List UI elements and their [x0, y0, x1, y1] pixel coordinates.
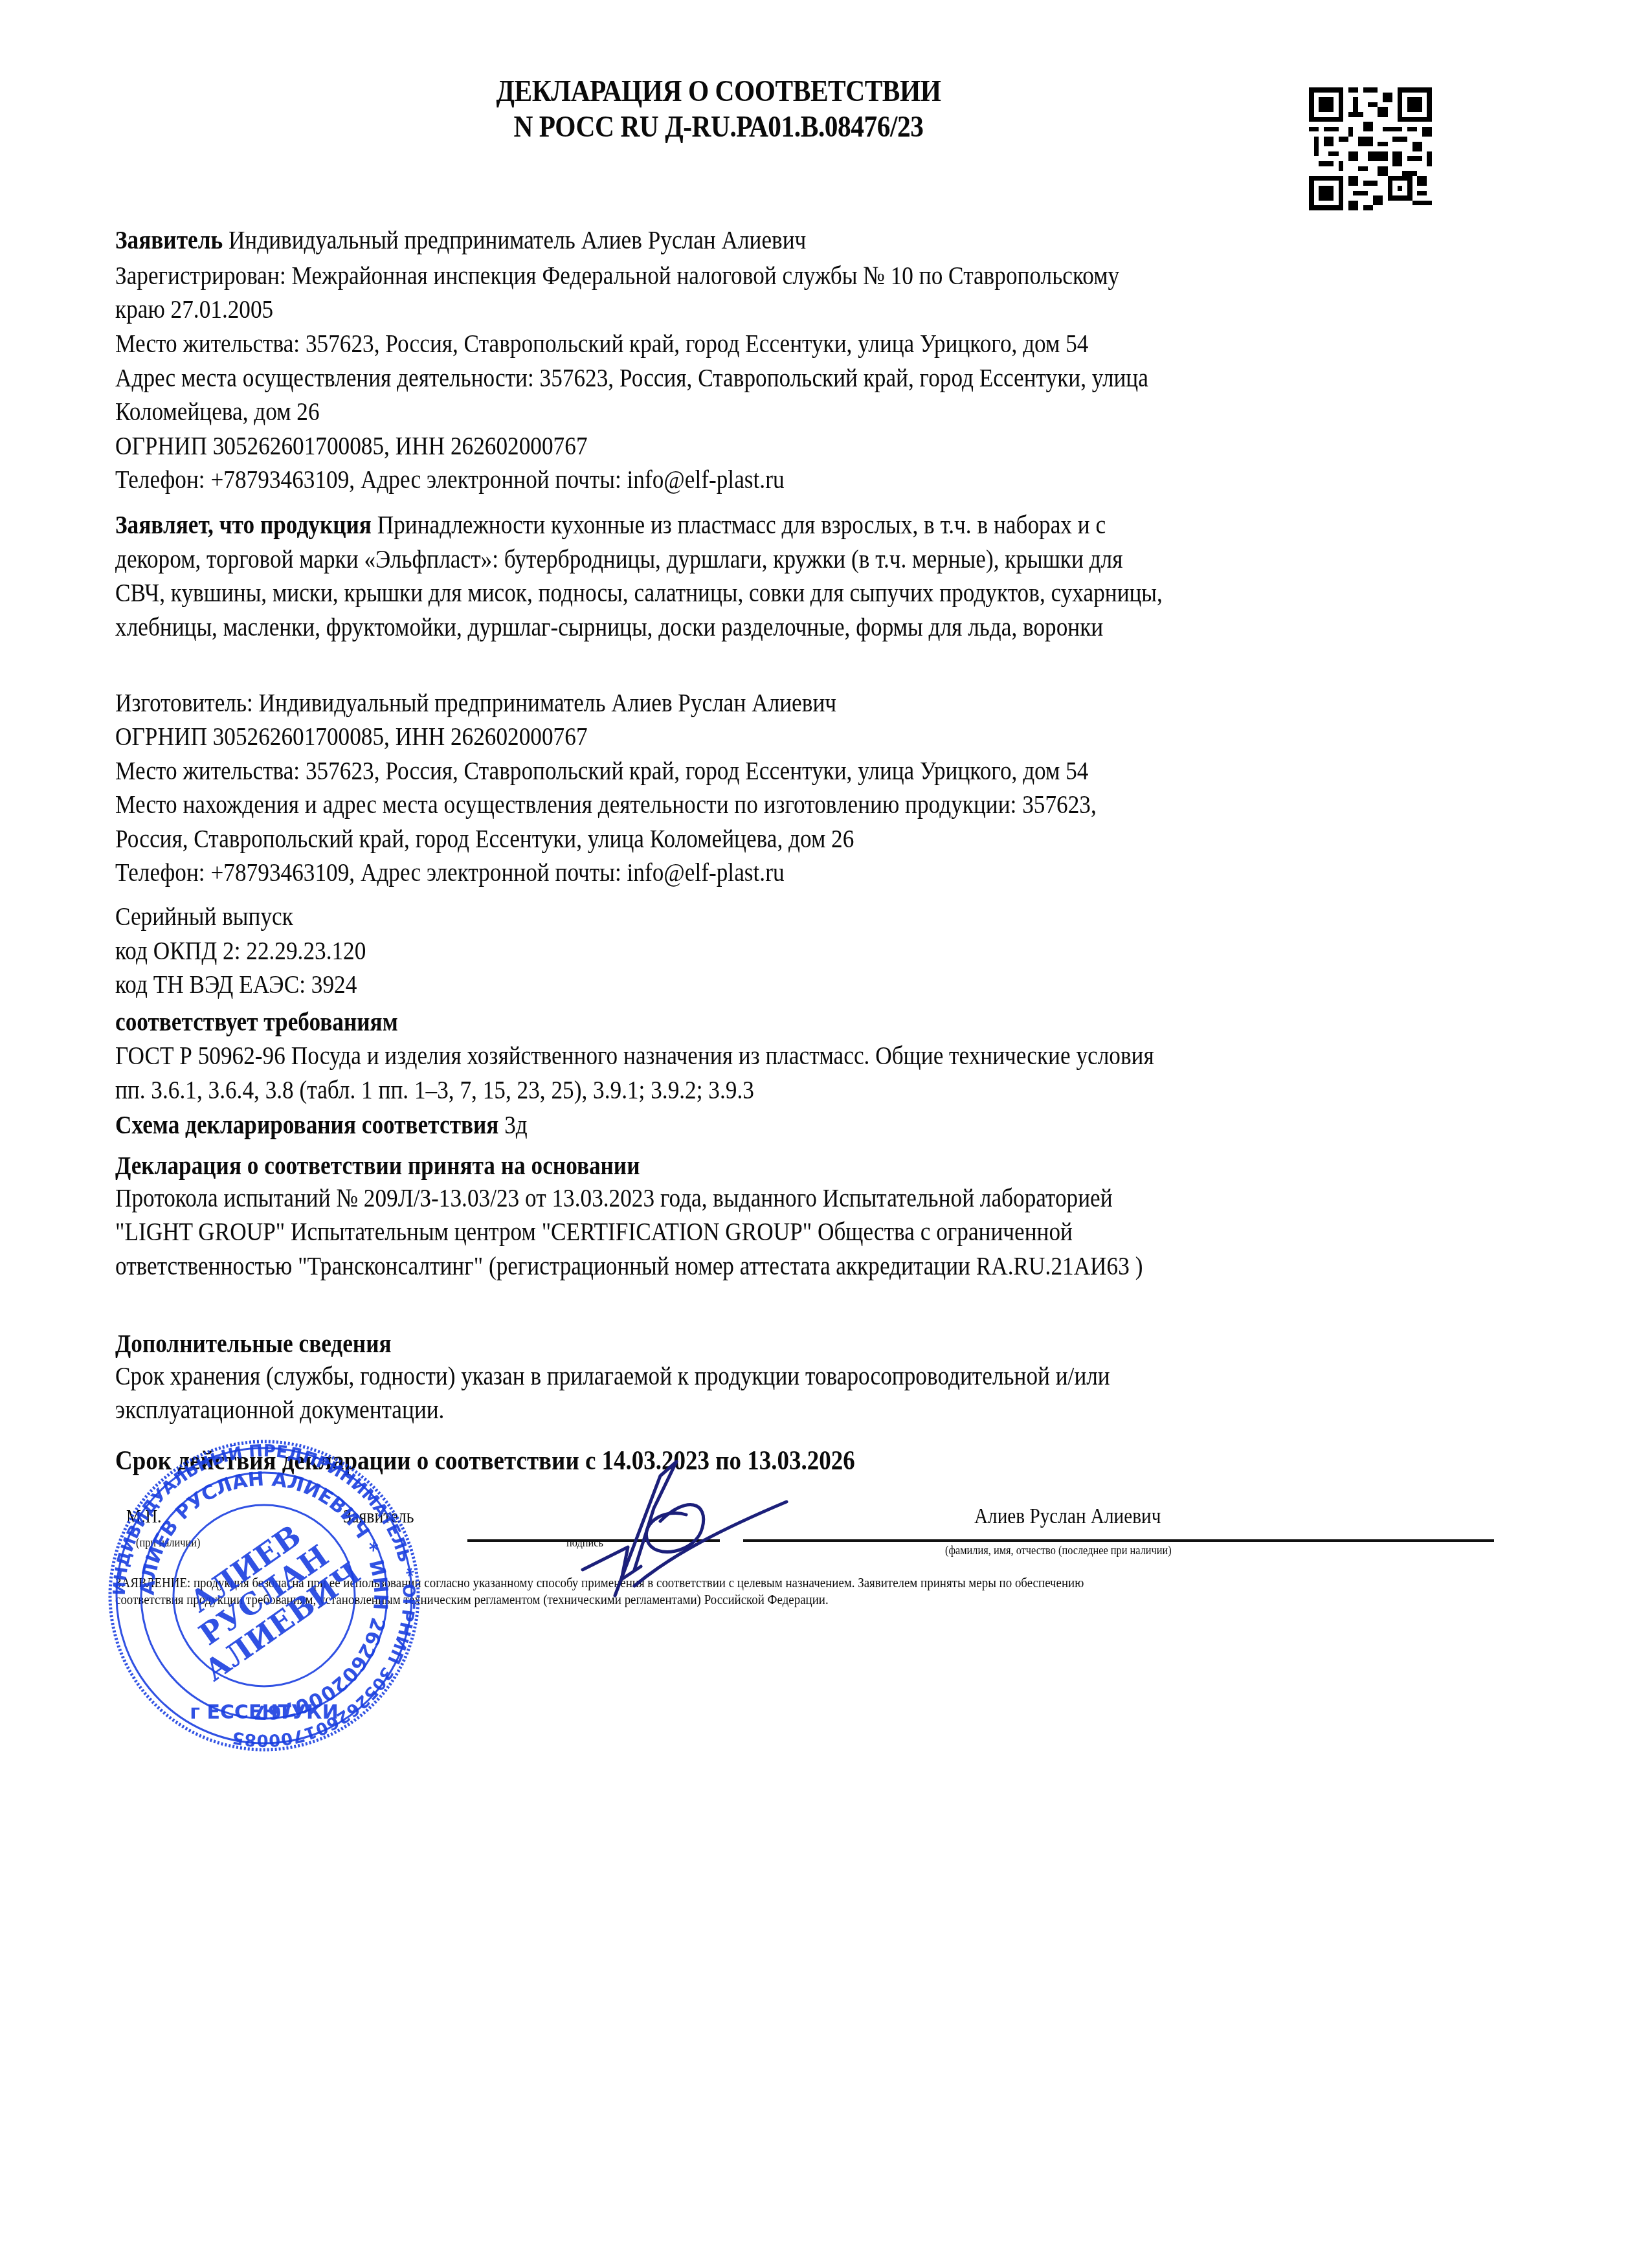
product-row: Заявляет, что продукция Принадлежности к… — [115, 508, 1106, 541]
scheme-label: Схема декларирования соответствия — [115, 1109, 498, 1139]
company-seal-stamp: ИНДИВИДУАЛЬНЫЙ ПРЕДПРИНИМАТЕЛЬ * ОГРНИП … — [96, 1434, 432, 1757]
basis-label: Декларация о соответствии принята на осн… — [115, 1149, 640, 1181]
requirements-line2: пп. 3.6.1, 3.6.4, 3.8 (табл. 1 пп. 1–3, … — [115, 1073, 754, 1106]
okpd-code: код ОКПД 2: 22.29.23.120 — [115, 934, 366, 966]
applicant-registered-line1: Зарегистрирован: Межрайонная инспекция Ф… — [115, 259, 1119, 291]
applicant-ids: ОГРНИП 305262601700085, ИНН 262602000767 — [115, 429, 588, 462]
handwritten-signature — [557, 1456, 790, 1599]
declaration-title: ДЕКЛАРАЦИЯ О СООТВЕТСТВИИ — [72, 74, 1365, 108]
applicant-name: Индивидуальный предприниматель Алиев Рус… — [229, 225, 806, 254]
product-line3: СВЧ, кувшины, миски, крышки для мисок, п… — [115, 576, 1163, 608]
applicant-registered-line2: краю 27.01.2005 — [115, 293, 273, 325]
applicant-row: Заявитель Индивидуальный предприниматель… — [115, 223, 806, 256]
scheme-value: 3д — [504, 1109, 528, 1139]
manufacturer-ids: ОГРНИП 305262601700085, ИНН 262602000767 — [115, 720, 588, 752]
applicant-residence: Место жительства: 357623, Россия, Ставро… — [115, 327, 1088, 359]
requirements-line1: ГОСТ Р 50962-96 Посуда и изделия хозяйст… — [115, 1039, 1154, 1071]
scheme-row: Схема декларирования соответствия 3д — [115, 1108, 528, 1141]
requirements-label: соответствует требованиям — [115, 1005, 398, 1038]
applicant-activity-line2: Коломейцева, дом 26 — [115, 395, 320, 427]
applicant-contacts: Телефон: +78793463109, Адрес электронной… — [115, 463, 785, 495]
declaration-number: N РОСС RU Д-RU.РА01.В.08476/23 — [72, 110, 1365, 144]
product-line2: декором, торговой марки «Эльфпласт»: бут… — [115, 542, 1122, 575]
qr-code-icon — [1309, 87, 1432, 210]
applicant-activity-line1: Адрес места осуществления деятельности: … — [115, 361, 1148, 394]
tnved-code: код ТН ВЭД ЕАЭС: 3924 — [115, 968, 357, 1000]
additional-label: Дополнительные сведения — [115, 1327, 392, 1359]
manufacturer-location-line1: Место нахождения и адрес места осуществл… — [115, 788, 1097, 820]
name-caption: (фамилия, имя, отчество (последнее при н… — [945, 1543, 1172, 1559]
basis-line1: Протокола испытаний № 209Л/З-13.03/23 от… — [115, 1181, 1113, 1214]
basis-line3: ответственностью "Трансконсалтинг" (реги… — [115, 1249, 1143, 1282]
manufacturer-contacts: Телефон: +78793463109, Адрес электронной… — [115, 856, 785, 888]
product-line4: хлебницы, масленки, фруктомойки, дуршлаг… — [115, 610, 1103, 643]
manufacturer-residence: Место жительства: 357623, Россия, Ставро… — [115, 754, 1088, 786]
product-line1: Принадлежности кухонные из пластмасс для… — [377, 509, 1106, 539]
basis-line2: "LIGHT GROUP" Испытательным центром "CER… — [115, 1215, 1073, 1247]
additional-line2: эксплуатационной документации. — [115, 1393, 444, 1425]
manufacturer-name: Изготовитель: Индивидуальный предпринима… — [115, 686, 836, 719]
product-label: Заявляет, что продукция — [115, 509, 372, 539]
manufacturer-location-line2: Россия, Ставропольский край, город Ессен… — [115, 822, 854, 854]
signer-name: Алиев Руслан Алиевич — [974, 1500, 1161, 1533]
stamp-city: г ЕССЕНТУКИ — [190, 1701, 338, 1724]
applicant-label: Заявитель — [115, 225, 223, 254]
name-line — [743, 1539, 1494, 1542]
production-type: Серийный выпуск — [115, 900, 293, 932]
additional-line1: Срок хранения (службы, годности) указан … — [115, 1359, 1110, 1392]
